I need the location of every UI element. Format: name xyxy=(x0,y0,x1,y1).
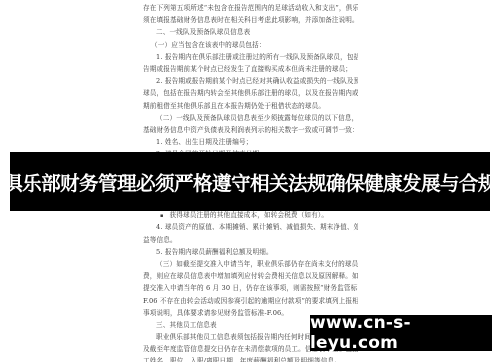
watermark: www.cn-s-leyu.com xyxy=(310,315,492,351)
list-item: 1. 姓名、出生日期及注册编号； xyxy=(143,136,358,148)
bullet-item: 获得球员注册的其他直接成本，如转会税费（如有）。 xyxy=(143,209,358,221)
doc-line: 期前租借至其他俱乐部且在本报告期仍处于租借状态的球员。 xyxy=(143,100,358,112)
doc-line: 费，则应在球员信息表中增加填列应付转会费相关信息以及原因解释。如截至 xyxy=(143,270,358,282)
doc-line: 1. 报告期内在俱乐部注册或注册过的所有一线队及预备队球员，包括在报 xyxy=(143,51,358,63)
subsection-heading: （三）如截至提交准入申请当年，职业俱乐部仍存在尚未支付的球员转会 xyxy=(143,258,358,270)
doc-line: 2. 报告期或报告期前某个时点已经对其确认收益或损失的一线队及预备队 xyxy=(143,75,358,87)
section-heading: 二、一线队及预备队球员信息表 xyxy=(143,26,358,38)
list-item: 5. 报告期内球员薪酬福利总额及明细。 xyxy=(143,246,358,258)
list-item: 4. 球员资产的原值、本期摊销、累计摊销、减值损失、期末净值、处置损 xyxy=(143,221,358,233)
doc-line: 须在填报基础财务信息表时在相关科目考虑此项影响，并添加备注说明。 xyxy=(143,14,358,26)
subsection-heading: （一）应当包含在该表中的球员包括： xyxy=(143,39,358,51)
doc-line: 球员，包括在报告期内转会至其他俱乐部注册的球员，以及在报告期内或报告 xyxy=(143,87,358,99)
doc-line: 提交准入申请当年的 6 月 30 日，仍存在该事项，则需按照“财务监管标准- xyxy=(143,282,358,294)
doc-line: 益等信息。 xyxy=(143,234,358,246)
banner-title: 足球俱乐部财务管理必须严格遵守相关法规确保健康发展与合规运营 xyxy=(10,152,490,211)
subsection-heading: （二）一线队及预备队球员信息表至少须披露每位球员的以下信息，并与 xyxy=(143,112,358,124)
watermark-text: www.cn-s-leyu.com xyxy=(310,315,492,351)
title-banner: 足球俱乐部财务管理必须严格遵守相关法规确保健康发展与合规运营 xyxy=(10,152,490,211)
doc-line: 告期或报告期前某个时点已经发生了直接购买成本但尚未注册的球员； xyxy=(143,63,358,75)
doc-line: 存在下列第五项所述“未包含在报告范围内的足球活动收入和支出”，俱乐部 xyxy=(143,2,358,14)
doc-line: 工姓名、职位、入职/离职日期、年度薪酬福利总额及明细等信息。 xyxy=(143,355,358,362)
doc-line: F.06 不存在由转会活动或因参赛引起的逾期应付款项”的要求填列上报相关 xyxy=(143,295,358,307)
doc-line: 基础财务信息中资产负债表及利润表列示的相关数字一致或可调节一致： xyxy=(143,124,358,136)
